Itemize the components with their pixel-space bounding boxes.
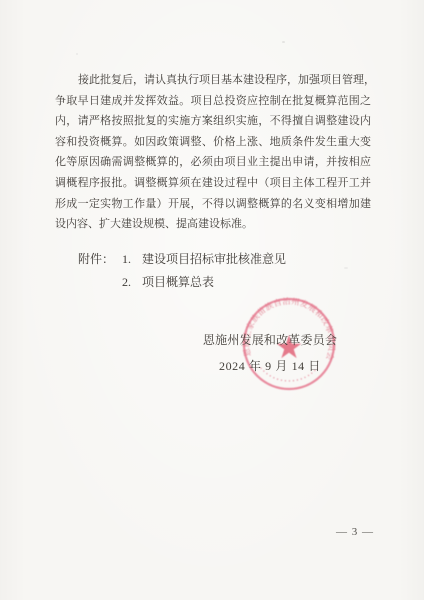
attachment-item: 附件： 1. 建设项目招标审批核准意见 xyxy=(78,248,286,271)
paragraph-line: 接此批复后，请认真执行项目基本建设程序，加强项目管理， xyxy=(55,70,371,91)
paragraph-line: 争取早日建成并发挥效益。项目总投资应控制在批复概算范围之 xyxy=(55,91,371,112)
page-number: — 3 — xyxy=(336,526,374,538)
scan-speck xyxy=(344,267,348,269)
issuing-organization: 恩施州发展和改革委员会 xyxy=(200,331,340,348)
attachment-title: 项目概算总表 xyxy=(142,271,214,294)
document-page: 接此批复后，请认真执行项目基本建设程序，加强项目管理， 争取早日建成并发挥效益。… xyxy=(0,0,424,600)
paragraph-line: 容和投资概算。如因政策调整、价格上涨、地质条件发生重大变 xyxy=(55,132,371,153)
scan-speck xyxy=(282,41,285,43)
attachments-label: 附件： xyxy=(78,248,122,271)
paragraph-line: 形成一定实物工作量）开展，不得以调整概算的名义变相增加建 xyxy=(55,194,371,215)
issue-date: 2024 年 9 月 14 日 xyxy=(200,357,340,374)
paragraph-line: 调概程序报批。调整概算须在建设过程中（项目主体工程开工并 xyxy=(55,173,371,194)
paragraph-line: 内，请严格按照批复的实施方案组织实施，不得擅自调整建设内 xyxy=(55,111,371,132)
signature-block: 恩施州发展和改革委员会 2024 年 9 月 14 日 xyxy=(200,331,340,374)
attachment-index: 2. xyxy=(122,271,142,294)
paragraph-line: 化等原因确需调整概算的，必须由项目业主提出申请，并按相应 xyxy=(55,152,371,173)
scan-speck xyxy=(76,53,78,55)
attachment-index: 1. xyxy=(122,248,142,271)
approval-paragraph: 接此批复后，请认真执行项目基本建设程序，加强项目管理， 争取早日建成并发挥效益。… xyxy=(55,70,371,235)
paragraph-line: 设内容、扩大建设规模、提高建设标准。 xyxy=(55,214,371,235)
attachment-title: 建设项目招标审批核准意见 xyxy=(142,248,286,271)
